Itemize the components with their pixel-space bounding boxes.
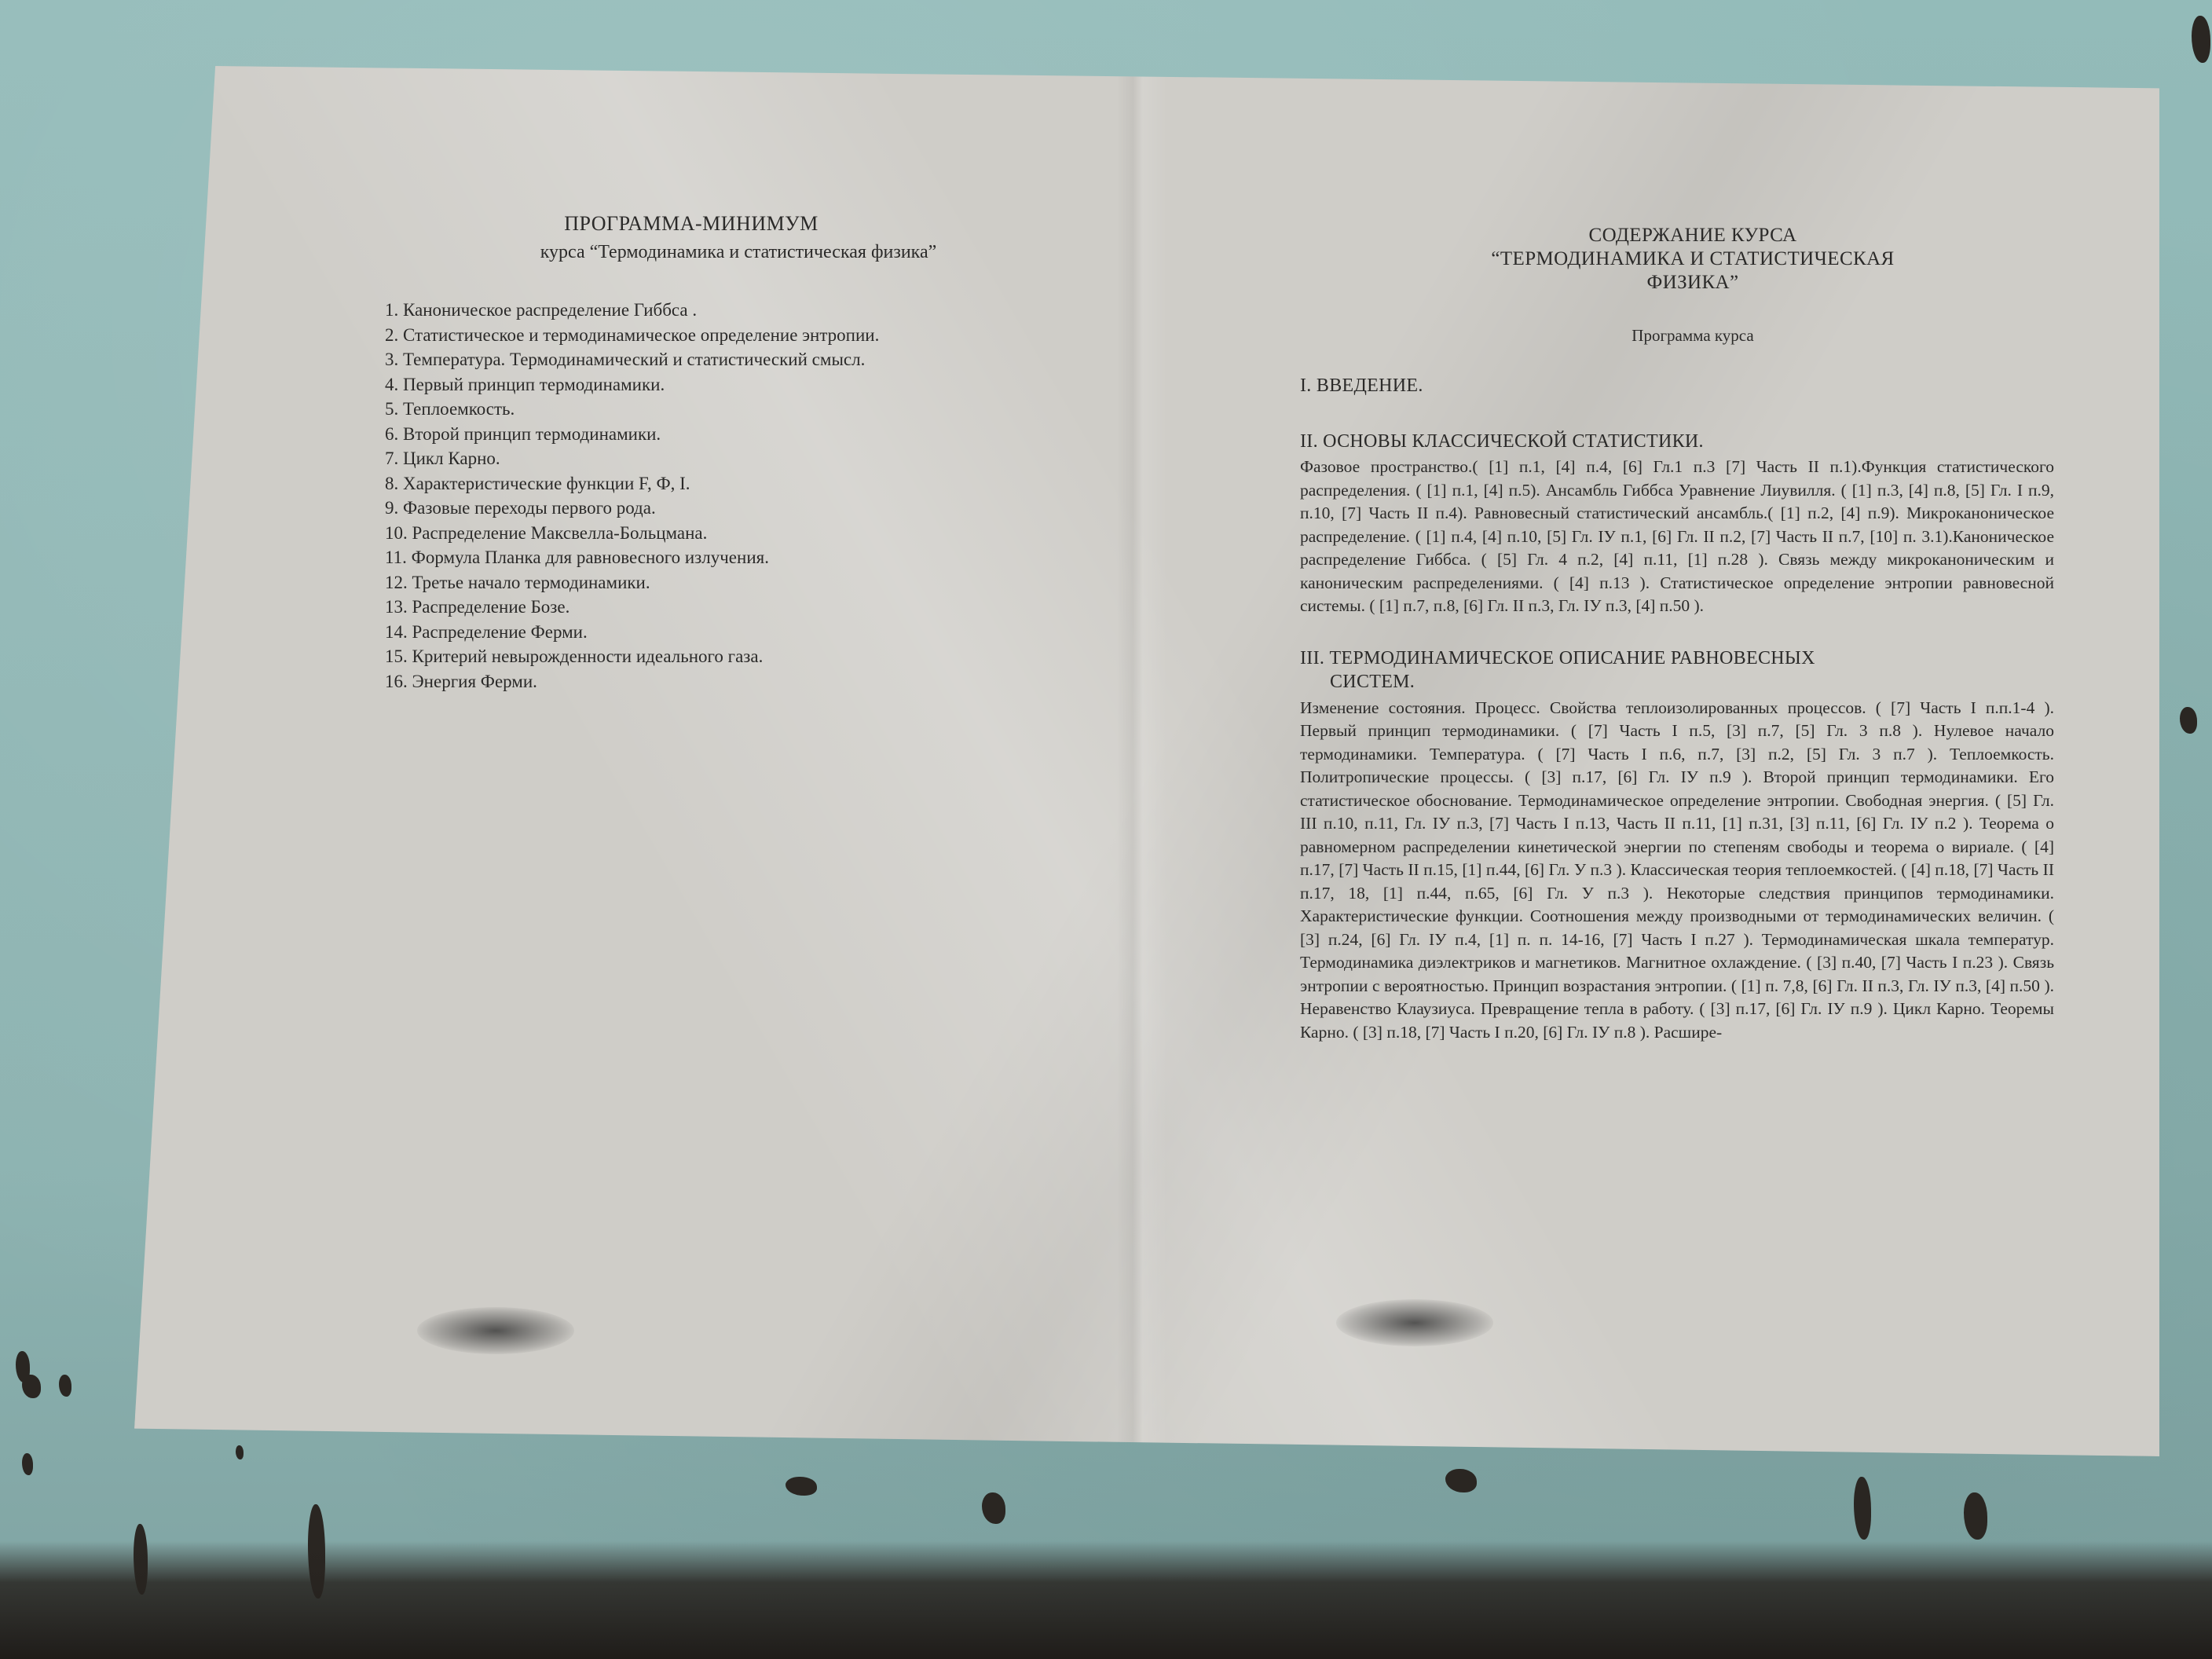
section-heading-continuation: СИСТЕМ. <box>1300 670 2086 694</box>
list-item: 4. Первый принцип термодинамики. <box>385 372 998 397</box>
list-item: 6. Второй принцип термодинамики. <box>385 422 998 447</box>
list-item: 13. Распределение Бозе. <box>385 595 998 620</box>
paint-chip <box>22 1453 33 1475</box>
paint-chip <box>236 1445 244 1459</box>
list-item: 1. Каноническое распределение Гиббса . <box>385 298 998 323</box>
list-item: 5. Теплоемкость. <box>385 397 998 422</box>
paint-chip <box>2180 707 2197 734</box>
list-item: 3. Температура. Термодинамический и стат… <box>385 347 998 372</box>
ink-smudge <box>1336 1299 1493 1346</box>
minimum-program-list: 1. Каноническое распределение Гиббса . 2… <box>385 298 998 694</box>
list-item: 8. Характеристические функции F, Ф, I. <box>385 471 998 496</box>
list-item: 11. Формула Планка для равновесного излу… <box>385 545 998 570</box>
paint-chip <box>1854 1477 1871 1540</box>
section-heading-text: III. ТЕРМОДИНАМИЧЕСКОЕ ОПИСАНИЕ РАВНОВЕС… <box>1300 648 1815 668</box>
list-item: 10. Распределение Максвелла-Больцмана. <box>385 521 998 546</box>
list-item: 16. Энергия Ферми. <box>385 669 998 694</box>
title-line: СОДЕРЖАНИЕ КУРСА <box>1300 224 2086 247</box>
title-line: “ТЕРМОДИНАМИКА И СТАТИСТИЧЕСКАЯ <box>1300 247 2086 271</box>
left-page-title: ПРОГРАММА-МИНИМУМ <box>385 212 998 236</box>
paint-chip <box>2192 16 2210 63</box>
ink-smudge <box>417 1307 574 1354</box>
section-heading-classical-statistics: II. ОСНОВЫ КЛАССИЧЕСКОЙ СТАТИСТИКИ. <box>1300 431 2086 452</box>
paint-chip <box>22 1375 41 1398</box>
left-page-subtitle: курса “Термодинамика и статистическая фи… <box>385 242 998 263</box>
left-page: ПРОГРАММА-МИНИМУМ курса “Термодинамика и… <box>385 212 998 694</box>
list-item: 2. Статистическое и термодинамическое оп… <box>385 323 998 348</box>
section-heading-introduction: I. ВВЕДЕНИЕ. <box>1300 375 2086 397</box>
section-body-classical-statistics: Фазовое пространство.( [1] п.1, [4] п.4,… <box>1300 456 2086 618</box>
list-item: 14. Распределение Ферми. <box>385 620 998 645</box>
list-item: 12. Третье начало термодинамики. <box>385 570 998 595</box>
right-page: СОДЕРЖАНИЕ КУРСА “ТЕРМОДИНАМИКА И СТАТИС… <box>1300 224 2086 1044</box>
title-line: ФИЗИКА” <box>1300 271 2086 295</box>
list-item: 7. Цикл Карно. <box>385 446 998 471</box>
program-label: Программа курса <box>1300 326 2086 346</box>
section-body-thermodynamic-description: Изменение состояния. Процесс. Свойства т… <box>1300 697 2086 1045</box>
paint-chip <box>59 1375 71 1397</box>
course-content-title: СОДЕРЖАНИЕ КУРСА “ТЕРМОДИНАМИКА И СТАТИС… <box>1300 224 2086 295</box>
list-item: 15. Критерий невырожденности идеального … <box>385 644 998 669</box>
section-heading-thermodynamic-description: III. ТЕРМОДИНАМИЧЕСКОЕ ОПИСАНИЕ РАВНОВЕС… <box>1300 646 2086 694</box>
peeling-paint-band <box>0 1541 2212 1659</box>
list-item: 9. Фазовые переходы первого рода. <box>385 496 998 521</box>
